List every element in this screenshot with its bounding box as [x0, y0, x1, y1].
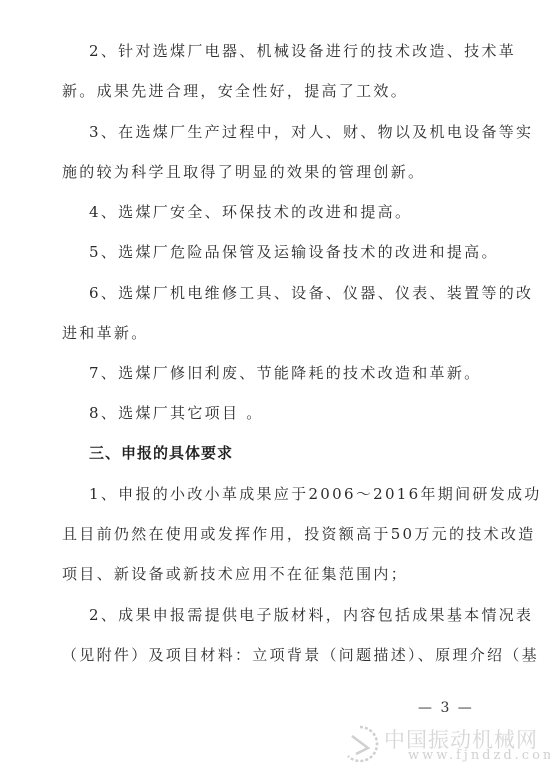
text-line: 3、在选煤厂生产过程中，对人、财、物以及机电设备等实 — [89, 122, 467, 142]
document-page: 2、针对选煤厂电器、机械设备进行的技术改造、技术革新。成果先进合理，安全性好，提… — [0, 0, 550, 773]
watermark-logo-icon — [340, 724, 380, 764]
text-line: （见附件）及项目材料：立项背景（问题描述）、原理介绍（基 — [62, 645, 467, 665]
text-line: 4、选煤厂安全、环保技术的改进和提高。 — [89, 202, 467, 222]
text-line: 且目前仍然在使用或发挥作用，投资额高于50万元的技术改造 — [62, 524, 467, 544]
text-line: 8、选煤厂其它项目 。 — [89, 403, 467, 423]
text-line: 6、选煤厂机电维修工具、设备、仪器、仪表、装置等的改 — [89, 283, 467, 303]
watermark-url: www.fjndzd.com — [408, 748, 550, 763]
text-line: 新。成果先进合理，安全性好，提高了工效。 — [62, 81, 467, 101]
watermark: 中国振动机械网 www.fjndzd.com — [338, 722, 550, 770]
page-number: — 3 — — [418, 700, 474, 716]
text-line: 项目、新设备或新技术应用不在征集范围内； — [62, 564, 467, 584]
section-heading: 三、申报的具体要求 — [89, 443, 467, 463]
text-line: 5、选煤厂危险品保管及运输设备技术的改进和提高。 — [89, 242, 467, 262]
text-line: 1、申报的小改小革成果应于2006～2016年期间研发成功 — [89, 484, 467, 504]
text-line: 2、针对选煤厂电器、机械设备进行的技术改造、技术革 — [89, 41, 467, 61]
text-line: 7、选煤厂修旧利废、节能降耗的技术改造和革新。 — [89, 363, 467, 383]
text-line: 进和革新。 — [62, 323, 467, 343]
text-line: 2、成果申报需提供电子版材料，内容包括成果基本情况表 — [89, 605, 467, 625]
text-line: 施的较为科学且取得了明显的效果的管理创新。 — [62, 162, 467, 182]
